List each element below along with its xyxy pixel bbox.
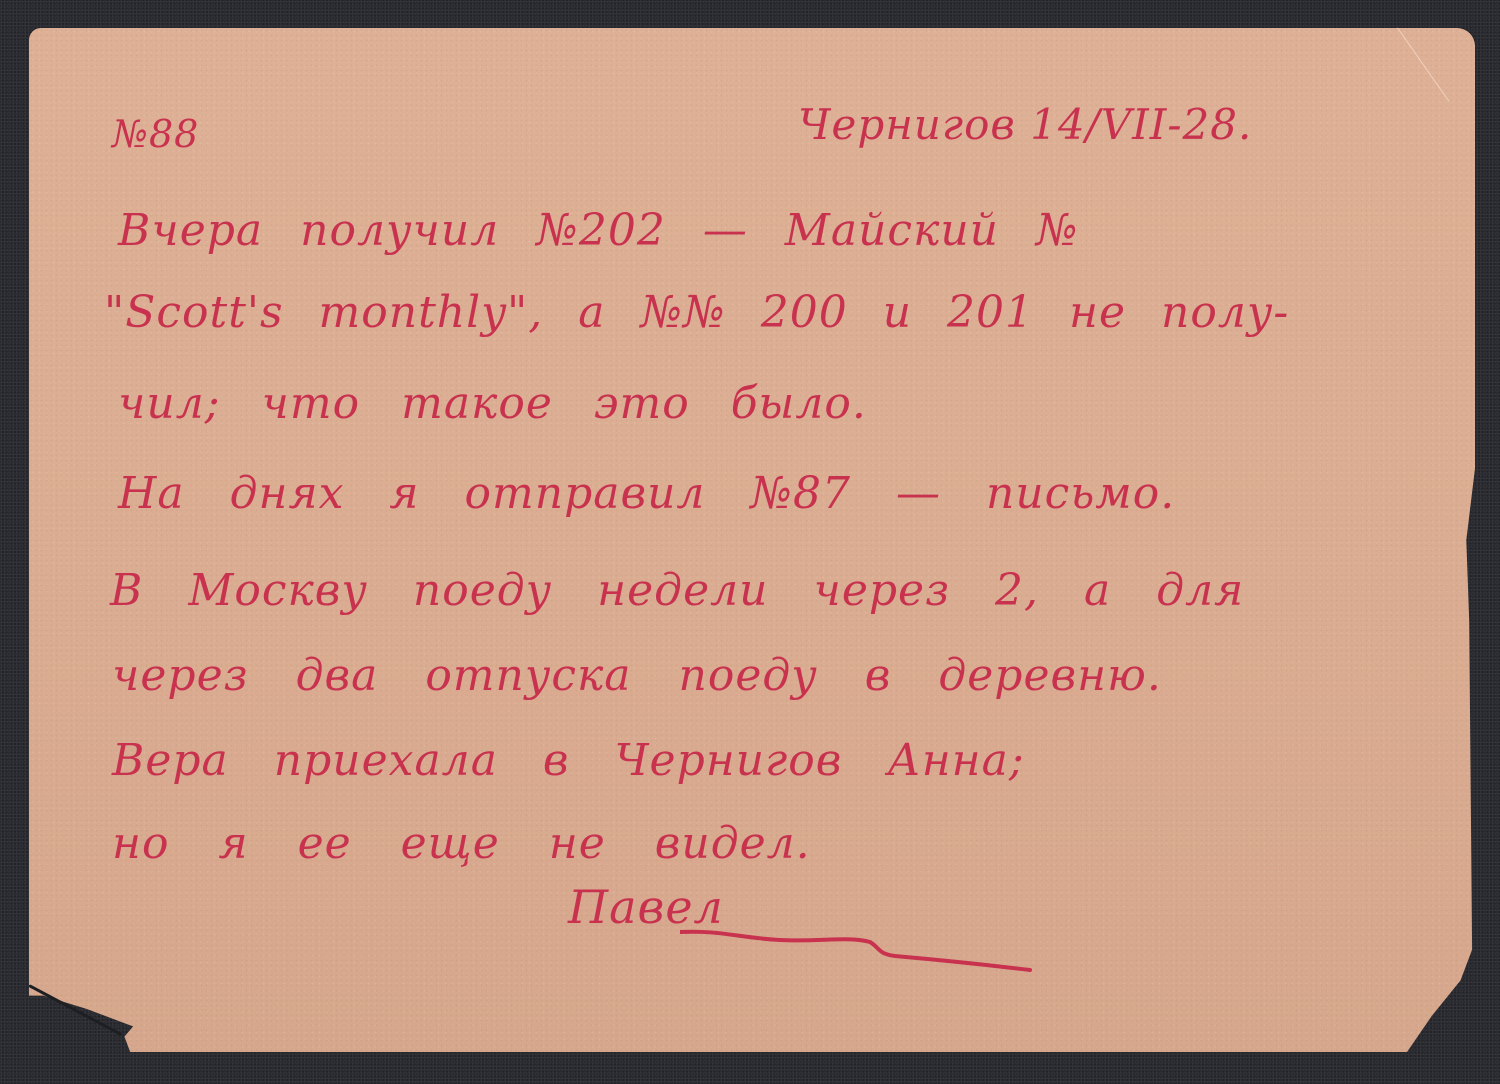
text-line-1: Вчера получил №202 — Майский № — [118, 205, 1079, 256]
text-line-3: чил; что такое это было. — [118, 378, 867, 429]
text-line-6: через два отпуска поеду в деревню. — [112, 650, 1162, 701]
text-line-4: На днях я отправил №87 — письмо. — [118, 468, 1175, 519]
postcard — [29, 28, 1475, 1052]
signature-flourish-icon — [680, 920, 1060, 990]
letter-number: №88 — [112, 112, 199, 156]
text-line-5: В Москву поеду недели через 2, а для — [110, 565, 1244, 616]
text-line-8: но я ее еще не видел. — [112, 818, 811, 869]
text-line-7: Вера приехала в Чернигов Анна; — [112, 735, 1025, 786]
place-and-date: Чернигов 14/VII-28. — [798, 100, 1252, 149]
text-line-2: "Scott's monthly", а №№ 200 и 201 не пол… — [104, 287, 1289, 338]
